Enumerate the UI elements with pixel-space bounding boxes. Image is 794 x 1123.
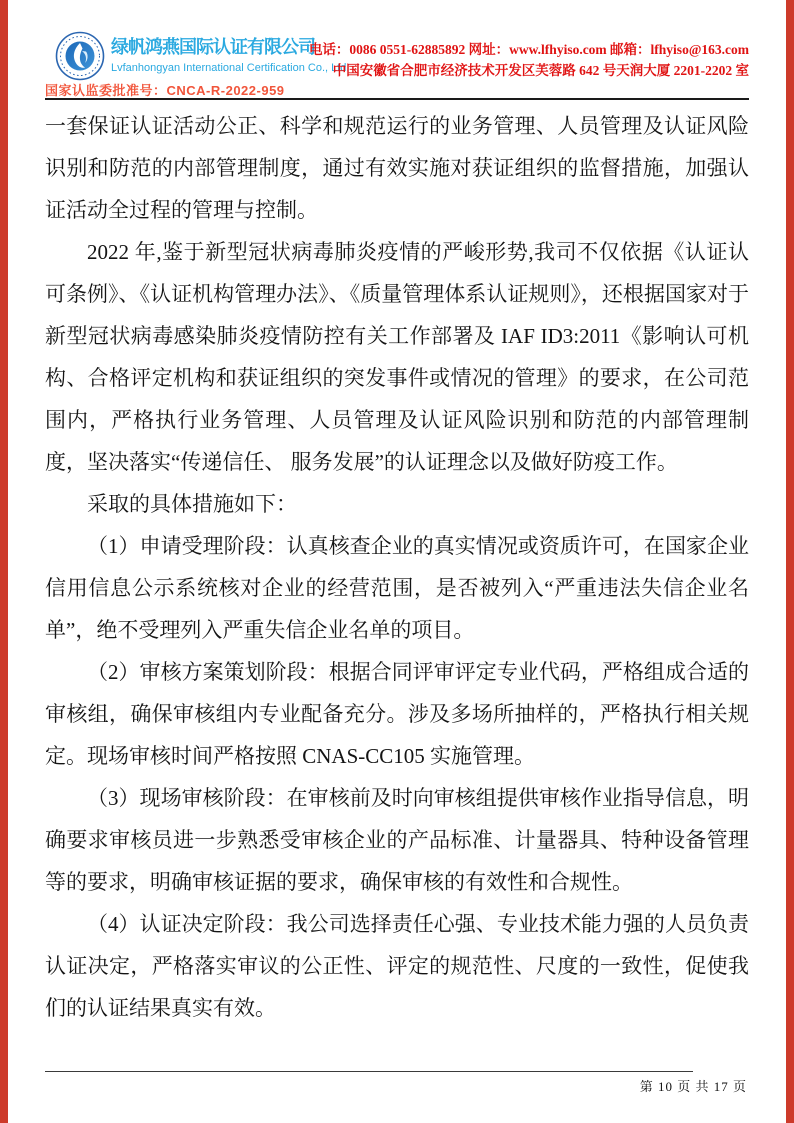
contact-block: 电话：0086 0551-62885892 网址：www.lfhyiso.com… bbox=[309, 39, 749, 81]
body-paragraph: （3）现场审核阶段：在审核前及时向审核组提供审核作业指导信息，明确要求审核员进一… bbox=[45, 777, 749, 903]
body-paragraph: （1）申请受理阶段：认真核查企业的真实情况或资质许可，在国家企业信用信息公示系统… bbox=[45, 525, 749, 651]
footer-divider bbox=[45, 1071, 693, 1072]
contact-line-2: 中国安徽省合肥市经济技术开发区芙蓉路 642 号天润大厦 2201-2202 室 bbox=[309, 60, 749, 81]
letterhead: 绿帆鸿燕国际认证有限公司 Lvfanhongyan International … bbox=[45, 26, 749, 100]
body-paragraph: 2022 年,鉴于新型冠状病毒肺炎疫情的严峻形势,我司不仅依据《认证认可条例》、… bbox=[45, 231, 749, 483]
company-logo-icon bbox=[55, 31, 105, 81]
page-number: 第 10 页 共 17 页 bbox=[640, 1076, 747, 1095]
document-page: 绿帆鸿燕国际认证有限公司 Lvfanhongyan International … bbox=[0, 0, 794, 1123]
contact-line-1: 电话：0086 0551-62885892 网址：www.lfhyiso.com… bbox=[309, 39, 749, 60]
right-edge-bar bbox=[786, 0, 794, 1123]
body-paragraph: 一套保证认证活动公正、科学和规范运行的业务管理、人员管理及认证风险识别和防范的内… bbox=[45, 105, 749, 231]
body-paragraph: 采取的具体措施如下： bbox=[45, 483, 749, 525]
document-body: 一套保证认证活动公正、科学和规范运行的业务管理、人员管理及认证风险识别和防范的内… bbox=[45, 105, 749, 1029]
left-edge-bar bbox=[0, 0, 8, 1123]
body-paragraph: （4）认证决定阶段：我公司选择责任心强、专业技术能力强的人员负责认证决定，严格落… bbox=[45, 903, 749, 1029]
approval-number: 国家认监委批准号：CNCA-R-2022-959 bbox=[45, 80, 285, 99]
body-paragraph: （2）审核方案策划阶段：根据合同评审评定专业代码，严格组成合适的审核组，确保审核… bbox=[45, 651, 749, 777]
header-divider bbox=[45, 98, 749, 100]
